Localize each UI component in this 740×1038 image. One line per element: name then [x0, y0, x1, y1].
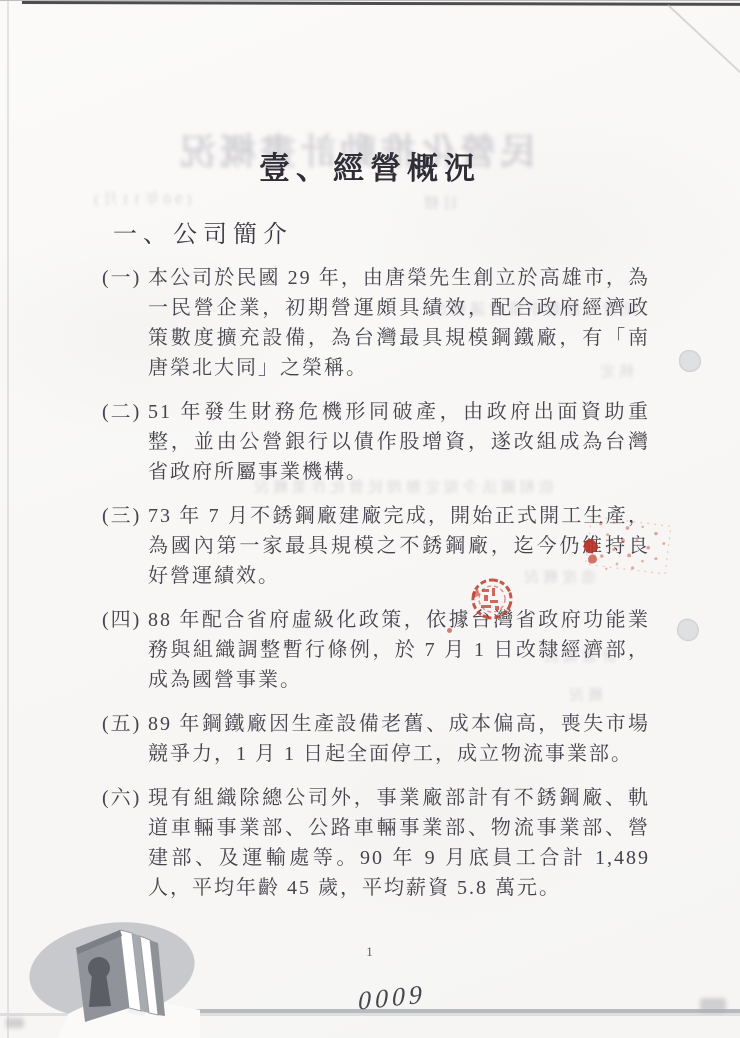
section-heading: 一、公司簡介: [113, 214, 293, 249]
paragraph-text: 89 年鋼鐵廠因生產設備老舊、成本偏高，喪失市場競爭力，1 月 1 日起全面停工…: [148, 709, 650, 769]
paragraph-text: 73 年 7 月不銹鋼廠建廠完成，開始正式開工生產，為國內第一家最具規模之不銹鋼…: [148, 501, 650, 591]
scan-edge-top: [22, 1, 740, 6]
red-stamp-fragment: [578, 515, 674, 581]
body-text: (一) 本公司於民國 29 年，由唐榮先生創立於高雄市，為一民營企業，初期營運頗…: [102, 263, 650, 917]
paragraph-item: (二) 51 年發生財務危機形同破產，由政府出面資助重整，並由公營銀行以債作股增…: [102, 397, 650, 487]
book-keyhole-logo-icon: [28, 914, 200, 1038]
scanned-page: 民營化推動計畫概況 (90年11月) 目標 民營化推動小組會議概況 核定 依相關…: [0, 0, 740, 1038]
page-title: 壹、經營概況: [0, 143, 740, 188]
paragraph-item: (六) 現有組織除總公司外，事業廠部計有不銹鋼廠、軌道車輛事業部、公路車輛事業部…: [102, 783, 650, 903]
bleedthrough-text: 目標: [420, 192, 458, 213]
paper-blemish: [679, 350, 701, 372]
scan-smudge: [6, 1018, 24, 1028]
paragraph-text: 51 年發生財務危機形同破產，由政府出面資助重整，並由公營銀行以債作股增資，遂改…: [148, 397, 650, 487]
paper-blemish: [674, 616, 702, 644]
paragraph-number: (四): [102, 605, 148, 695]
paragraph-number: (一): [102, 263, 148, 383]
paragraph-item: (四) 88 年配合省府虛級化政策，依據台灣省政府功能業務與組織調整暫行條例，於…: [102, 605, 650, 695]
red-round-seal-stamp: [468, 575, 518, 625]
paragraph-item: (五) 89 年鋼鐵廠因生產設備老舊、成本偏高，喪失市場競爭力，1 月 1 日起…: [102, 709, 650, 769]
paragraph-number: (三): [102, 501, 148, 591]
paragraph-text: 現有組織除總公司外，事業廠部計有不銹鋼廠、軌道車輛事業部、公路車輛事業部、物流事…: [148, 783, 650, 903]
paragraph-item: (一) 本公司於民國 29 年，由唐榮先生創立於高雄市，為一民營企業，初期營運頗…: [102, 263, 650, 383]
paper-crease: [667, 4, 740, 74]
scan-smudge: [700, 998, 726, 1012]
paragraph-number: (二): [102, 397, 148, 487]
paragraph-item: (三) 73 年 7 月不銹鋼廠建廠完成，開始正式開工生產，為國內第一家最具規模…: [102, 501, 650, 591]
paragraph-text: 本公司於民國 29 年，由唐榮先生創立於高雄市，為一民營企業，初期營運頗具績效，…: [148, 263, 650, 383]
bleedthrough-text: (90年11月): [90, 188, 191, 209]
paragraph-number: (六): [102, 783, 148, 903]
paragraph-number: (五): [102, 709, 148, 769]
red-ink-speck: [447, 628, 452, 633]
paragraph-text: 88 年配合省府虛級化政策，依據台灣省政府功能業務與組織調整暫行條例，於 7 月…: [148, 605, 650, 695]
page-number: 1: [0, 944, 740, 960]
